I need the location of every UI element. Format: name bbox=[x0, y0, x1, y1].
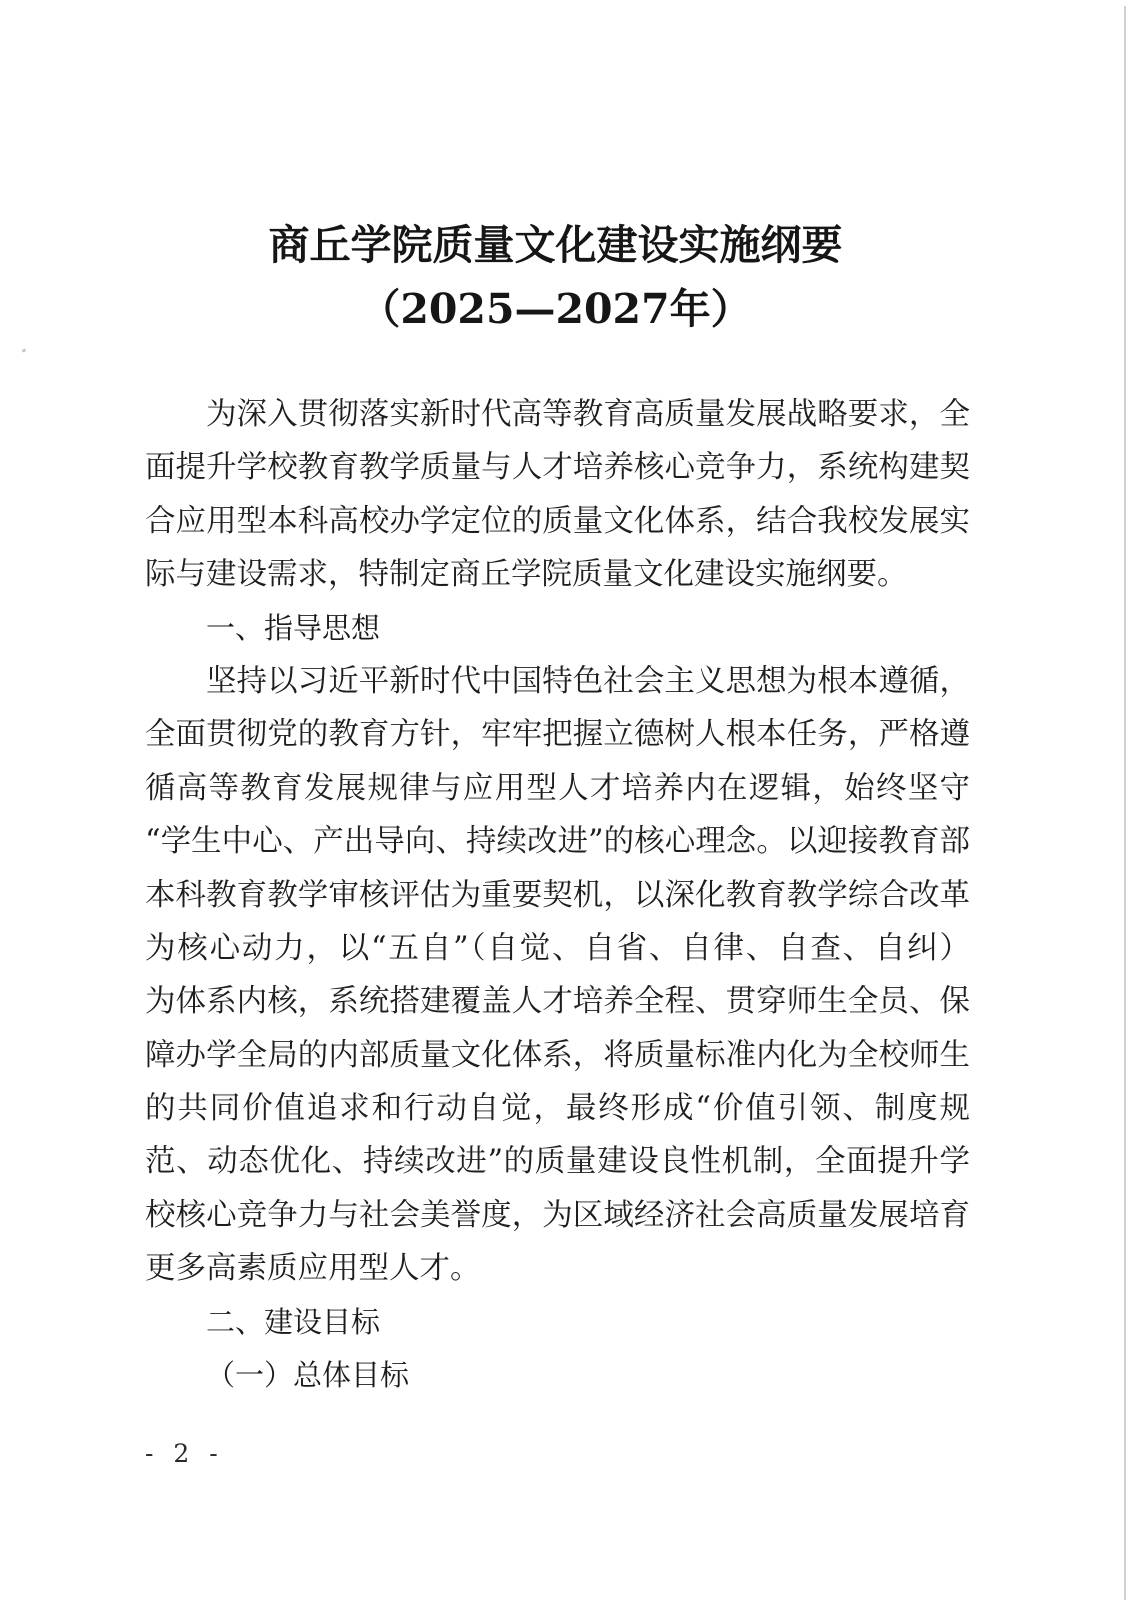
document-title-years: （2025—2027年） bbox=[0, 276, 1111, 335]
document-body: 为深入贯彻落实新时代高等教育高质量发展战略要求，全 面提升学校教育教学质量与人才… bbox=[145, 388, 970, 1402]
section1-line-7: 为体系内核，系统搭建覆盖人才培养全程、贯穿师生全员、保 bbox=[145, 975, 970, 1028]
section1-line-4: “学生中心、产出导向、持续改进”的核心理念。以迎接教育部 bbox=[145, 815, 970, 868]
section1-line-1: 坚持以习近平新时代中国特色社会主义思想为根本遵循， bbox=[145, 655, 970, 708]
intro-line-3: 合应用型本科高校办学定位的质量文化体系，结合我校发展实 bbox=[145, 495, 970, 548]
page-number: - 2 - bbox=[145, 1439, 224, 1468]
document-title: 商丘学院质量文化建设实施纲要 bbox=[0, 212, 1111, 271]
intro-line-2: 面提升学校教育教学质量与人才培养核心竞争力，系统构建契 bbox=[145, 441, 970, 494]
section1-line-12: 更多高素质应用型人才。 bbox=[145, 1242, 970, 1295]
scan-speck bbox=[22, 348, 27, 353]
section1-line-5: 本科教育教学审核评估为重要契机，以深化教育教学综合改革 bbox=[145, 869, 970, 922]
section-heading-construction-goals: 二、建设目标 bbox=[145, 1296, 970, 1349]
scan-page-edge-line bbox=[1124, 6, 1126, 1600]
section1-line-11: 校核心竞争力与社会美誉度，为区域经济社会高质量发展培育 bbox=[145, 1189, 970, 1242]
section1-line-2: 全面贯彻党的教育方针，牢牢把握立德树人根本任务，严格遵 bbox=[145, 708, 970, 761]
section1-line-3: 循高等教育发展规律与应用型人才培养内在逻辑，始终坚守 bbox=[145, 762, 970, 815]
section1-line-9: 的共同价值追求和行动自觉，最终形成“价值引领、制度规 bbox=[145, 1082, 970, 1135]
intro-line-1: 为深入贯彻落实新时代高等教育高质量发展战略要求，全 bbox=[145, 388, 970, 441]
intro-line-4: 际与建设需求，特制定商丘学院质量文化建设实施纲要。 bbox=[145, 548, 970, 601]
section1-line-6: 为核心动力，以“五自”（自觉、自省、自律、自查、自纠） bbox=[145, 922, 970, 975]
section-heading-guiding-ideology: 一、指导思想 bbox=[145, 602, 970, 655]
section1-line-10: 范、动态优化、持续改进”的质量建设良性机制，全面提升学 bbox=[145, 1135, 970, 1188]
subsection-heading-overall-goals: （一）总体目标 bbox=[145, 1349, 970, 1402]
section1-line-8: 障办学全局的内部质量文化体系，将质量标准内化为全校师生 bbox=[145, 1029, 970, 1082]
